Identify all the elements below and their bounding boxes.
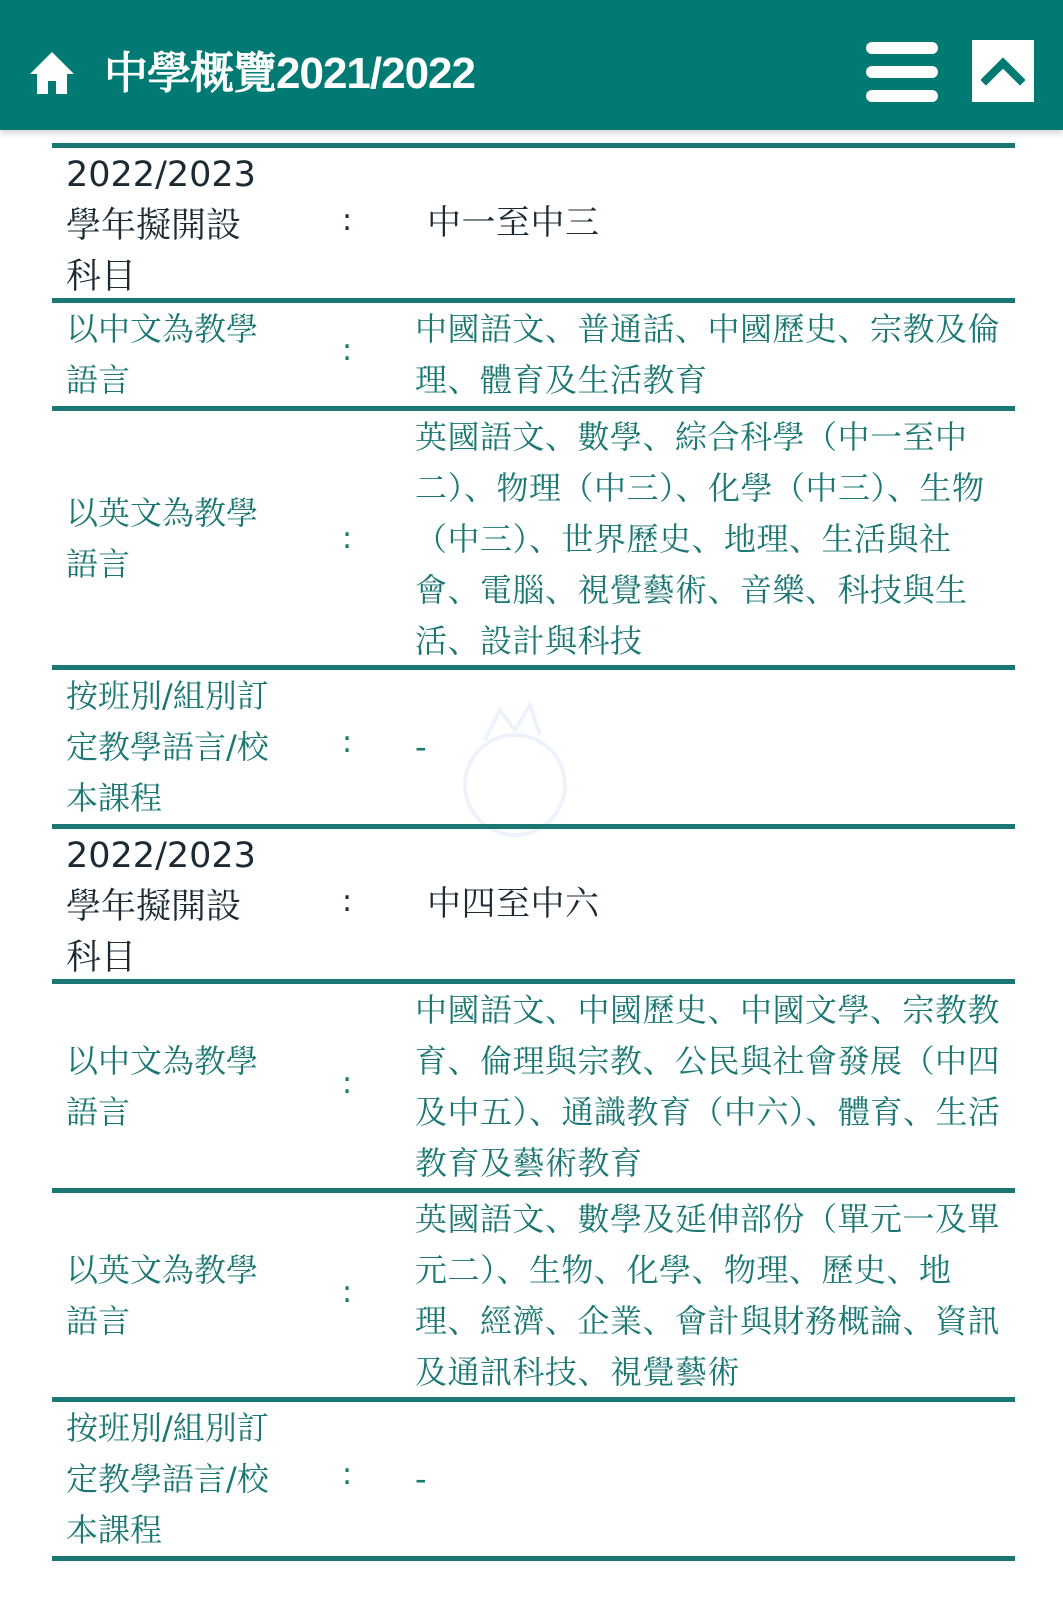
table-row-english-medium: 以英文為教學 語言 : 英國語文、數學、綜合科學（中一至中二）、物理（中三）、化… — [52, 411, 1015, 665]
row-label-line: 按班別/組別訂 — [66, 1403, 346, 1454]
heading-label-line: 學年擬開設 — [66, 201, 346, 252]
row-label-line: 以中文為教學 — [66, 1036, 346, 1087]
top-app-bar: 中學概覽2021/2022 — [0, 0, 1063, 130]
colon: : — [342, 521, 362, 556]
divider — [52, 1556, 1015, 1561]
row-label-line: 定教學語言/校 — [66, 1454, 346, 1505]
row-value: 英國語文、數學及延伸部份（單元一及單元二）、生物、化學、物理、歷史、地理、經濟、… — [415, 1194, 1005, 1398]
colon: : — [342, 1457, 362, 1492]
row-label-line: 以英文為教學 — [66, 1245, 346, 1296]
row-value: - — [415, 722, 1005, 773]
row-value: 英國語文、數學、綜合科學（中一至中二）、物理（中三）、化學（中三）、生物（中三）… — [415, 412, 1005, 667]
home-icon[interactable] — [28, 50, 76, 96]
table-row-class-based: 按班別/組別訂 定教學語言/校 本課程 : - — [52, 670, 1015, 824]
row-label-line: 按班別/組別訂 — [66, 671, 346, 722]
colon: : — [342, 203, 362, 238]
row-label-line: 本課程 — [66, 773, 346, 824]
row-label-line: 定教學語言/校 — [66, 722, 346, 773]
row-label-line: 語言 — [66, 1087, 346, 1138]
row-label: 以英文為教學 語言 — [66, 488, 346, 590]
school-subjects-table: 2022/2023 學年擬開設 科目 : 中一至中三 以中文為教學 語言 : 中… — [52, 143, 1015, 1561]
heading-label-line: 科目 — [66, 252, 346, 303]
colon: : — [342, 1066, 362, 1101]
table-row-english-medium: 以英文為教學 語言 : 英國語文、數學及延伸部份（單元一及單元二）、生物、化學、… — [52, 1193, 1015, 1397]
heading-label: 2022/2023 學年擬開設 科目 — [66, 831, 346, 984]
row-label: 以英文為教學 語言 — [66, 1245, 346, 1347]
row-label: 以中文為教學 語言 — [66, 304, 346, 406]
scroll-to-top-button[interactable] — [972, 40, 1034, 102]
chevron-up-icon — [981, 52, 1025, 88]
colon: : — [342, 725, 362, 760]
row-label-line: 本課程 — [66, 1505, 346, 1556]
section-heading-s1-s3: 2022/2023 學年擬開設 科目 : 中一至中三 — [52, 148, 1015, 298]
heading-label-line: 2022/2023 — [66, 831, 346, 882]
row-value: - — [415, 1454, 1005, 1505]
row-label-line: 以中文為教學 — [66, 304, 346, 355]
section-heading-s4-s6: 2022/2023 學年擬開設 科目 : 中四至中六 — [52, 829, 1015, 979]
table-row-chinese-medium: 以中文為教學 語言 : 中國語文、普通話、中國歷史、宗教及倫理、體育及生活教育 — [52, 303, 1015, 406]
heading-label-line: 科目 — [66, 933, 346, 984]
page-title: 中學概覽2021/2022 — [104, 44, 475, 104]
row-label-line: 語言 — [66, 1296, 346, 1347]
row-label: 按班別/組別訂 定教學語言/校 本課程 — [66, 671, 346, 824]
heading-value: 中四至中六 — [427, 879, 1017, 930]
row-label-line: 語言 — [66, 355, 346, 406]
table-row-chinese-medium: 以中文為教學 語言 : 中國語文、中國歷史、中國文學、宗教教育、倫理與宗教、公民… — [52, 984, 1015, 1188]
table-row-class-based: 按班別/組別訂 定教學語言/校 本課程 : - — [52, 1402, 1015, 1556]
colon: : — [342, 333, 362, 368]
heading-label-line: 2022/2023 — [66, 150, 346, 201]
colon: : — [342, 1275, 362, 1310]
row-label-line: 語言 — [66, 539, 346, 590]
heading-value: 中一至中三 — [427, 198, 1017, 249]
heading-label: 2022/2023 學年擬開設 科目 — [66, 150, 346, 303]
row-value: 中國語文、中國歷史、中國文學、宗教教育、倫理與宗教、公民與社會發展（中四及中五）… — [415, 985, 1005, 1189]
heading-label-line: 學年擬開設 — [66, 882, 346, 933]
row-label-line: 以英文為教學 — [66, 488, 346, 539]
row-label: 以中文為教學 語言 — [66, 1036, 346, 1138]
hamburger-menu-icon[interactable] — [866, 40, 938, 102]
row-value: 中國語文、普通話、中國歷史、宗教及倫理、體育及生活教育 — [415, 304, 1005, 406]
colon: : — [342, 884, 362, 919]
row-label: 按班別/組別訂 定教學語言/校 本課程 — [66, 1403, 346, 1556]
